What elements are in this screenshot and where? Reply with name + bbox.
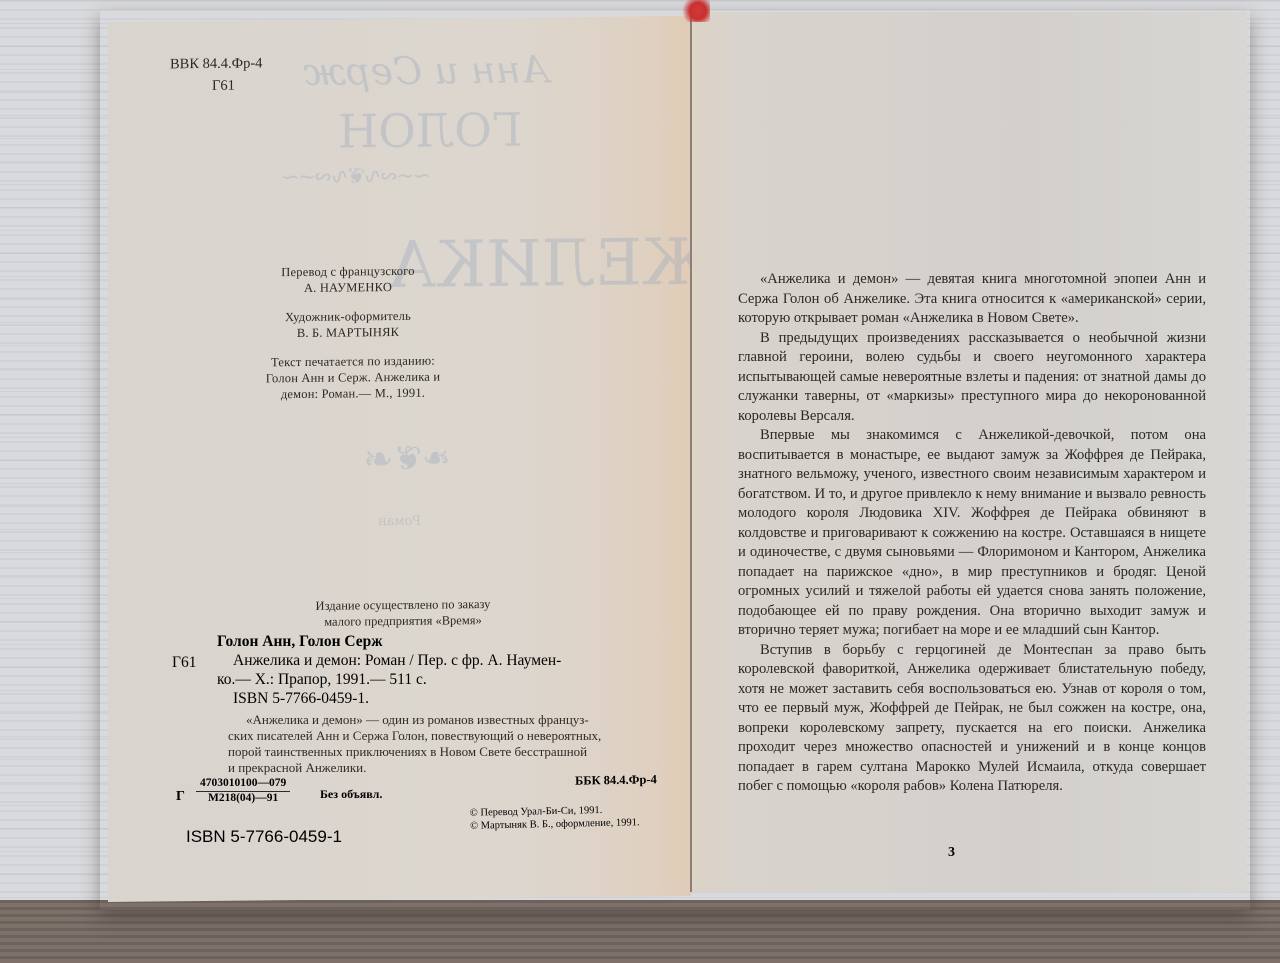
translation-label: Перевод с французского — [258, 265, 438, 279]
copyright-block: © Перевод Урал-Би-Си, 1991. © Мартыняк В… — [470, 803, 640, 833]
ghost-surname: ГОЛОН — [338, 103, 522, 159]
annotation: «Анжелика и демон» — один из романов изв… — [228, 712, 678, 776]
preface-paragraph: «Анжелика и демон» — девятая книга много… — [738, 270, 1206, 329]
ornament-fleuron-icon: ❧❦☙ — [363, 438, 450, 479]
annotation-line-2: ских писателей Анн и Сержа Голон, повест… — [228, 728, 678, 744]
bookmark-ribbon — [680, 0, 710, 22]
source-line-1: Текст печатается по изданию: — [238, 354, 468, 369]
preface-paragraph: В предыдущих произведениях рассказываетс… — [738, 329, 1206, 427]
book-spine — [690, 12, 692, 892]
price-note: Без объявл. — [320, 788, 382, 800]
record-line-1-row: Г61 Анжелика и демон: Роман / Пер. с фр.… — [175, 651, 675, 670]
source-line-2: Голон Анн и Серж. Анжелика и — [238, 370, 468, 385]
artist-name: В. Б. МАРТЫНЯК — [258, 326, 438, 340]
imprint-numerator: 4703010100—079 — [196, 778, 290, 792]
ghost-authors: Анн и Серж — [303, 47, 550, 94]
record-code: Г61 — [172, 653, 196, 672]
annotation-line-1: «Анжелика и демон» — один из романов изв… — [228, 712, 678, 728]
imprint-prefix: Г — [176, 790, 185, 804]
source-line-3: демон: Роман.— М., 1991. — [238, 386, 468, 401]
record-authors: Голон Анн, Голон Серж — [175, 632, 675, 651]
imprint-denominator: М218(04)—91 — [196, 792, 290, 805]
imprint-isbn: ISBN 5-7766-0459-1 — [186, 828, 342, 845]
translator-name: А. НАУМЕНКО — [258, 281, 438, 295]
page-number: 3 — [948, 845, 955, 861]
annotation-line-3: порой таинственных приключениях в Новом … — [228, 744, 678, 760]
ornament-divider-icon: ~∽∾∿❦∿∾∽~ — [283, 164, 431, 191]
artist-label: Художник-оформитель — [258, 310, 438, 324]
preface-paragraph: Впервые мы знакомимся с Анжеликой-девочк… — [738, 426, 1206, 641]
publisher-note-1: Издание осуществлено по заказу — [268, 597, 538, 612]
record-line-1: Анжелика и демон: Роман / Пер. с фр. А. … — [233, 652, 561, 669]
record-isbn: ISBN 5-7766-0459-1. — [175, 689, 675, 708]
preface-text: «Анжелика и демон» — девятая книга много… — [738, 270, 1206, 797]
record-line-2: ко.— Х.: Прапор, 1991.— 511 с. — [175, 670, 675, 689]
ghost-genre: Роман — [378, 514, 421, 529]
author-mark: Г61 — [212, 79, 235, 94]
publisher-note-2: малого предприятия «Время» — [268, 613, 538, 628]
imprint-bbk: ББК 84.4.Фр-4 — [575, 773, 657, 787]
bibliographic-record: Голон Анн, Голон Серж Г61 Анжелика и дем… — [175, 632, 675, 708]
imprint-fraction: 4703010100—079 М218(04)—91 — [196, 778, 290, 804]
bbk-code: ВВК 84.4.Фр-4 — [170, 56, 262, 71]
preface-paragraph: Вступив в борьбу с герцогиней де Монтесп… — [738, 641, 1206, 797]
